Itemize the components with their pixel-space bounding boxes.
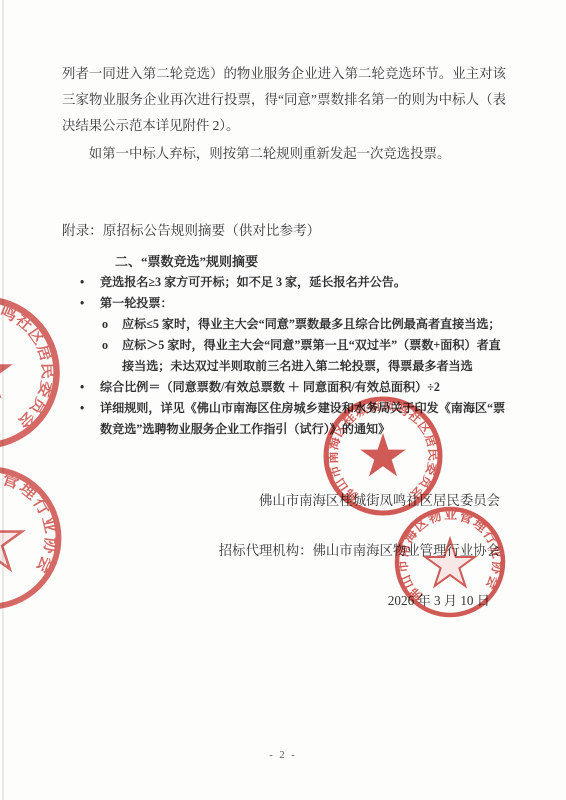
seal-text: 佛山市南海区物业管理行业协会 — [0, 467, 62, 593]
signature-committee: 佛山市南海区桂城街凤鸣社区居民委员会 — [62, 490, 500, 509]
rule-text: 综合比例＝（同意票数/有效总票数 ＋ 同意面积/有效总面积）÷2 — [100, 380, 440, 394]
rule-text: 竞选报名≥3 家方可开标；如不足 3 家，延长报名并公告。 — [100, 275, 406, 289]
page-number: - 2 - — [0, 750, 566, 761]
svg-text:佛山市南海区物业管理行业协会: 佛山市南海区物业管理行业协会 — [0, 467, 62, 593]
rule-item-first-round: • 第一轮投票： — [80, 293, 506, 314]
section-heading: 二、“票数竞选”规则摘要 — [115, 251, 559, 270]
rule-item-signup: • 竞选报名≥3 家方可开标；如不足 3 家，延长报名并公告。 — [80, 272, 506, 293]
committee-seal-stamp-edge: 佛山市南海区桂城街凤鸣社区居民委员会 — [0, 293, 63, 452]
seal-ring — [0, 469, 59, 606]
bullet-icon: • — [80, 293, 84, 314]
rules-list: • 竞选报名≥3 家方可开标；如不足 3 家，延长报名并公告。 • 第一轮投票：… — [80, 272, 506, 440]
sub-bullet-icon: o — [102, 314, 108, 335]
paragraph-rebid: 如第一中标人弃标，则按第二轮规则重新发起一次竞选投票。 — [62, 141, 506, 167]
paragraph-continuation: 列者一同进入第二轮竞选）的物业服务企业进入第二轮竞选环节。业主对该三家物业服务企… — [62, 61, 506, 139]
rule-item-le5: o 应标≤5 家时，得业主大会“同意”票数最多且综合比例最高者直接当选； — [80, 314, 506, 335]
bullet-icon: • — [80, 272, 84, 293]
document-date: 2026 年 3 月 10 日 — [62, 590, 490, 609]
rule-text: 应标≤5 家时，得业主大会“同意”票数最多且综合比例最高者直接当选； — [122, 317, 501, 331]
seal-ring — [0, 299, 57, 445]
rule-item-ratio-formula: • 综合比例＝（同意票数/有效总票数 ＋ 同意面积/有效总面积）÷2 — [80, 377, 506, 398]
seal-text: 佛山市南海区桂城街凤鸣社区居民委员会 — [0, 298, 57, 435]
association-seal-stamp-edge: 佛山市南海区物业管理行业协会 — [0, 463, 65, 613]
signature-agency: 招标代理机构：佛山市南海区物业管理行业协会 — [62, 540, 500, 559]
rule-text: 应标＞5 家时，得业主大会“同意”票第一且“双过半”（票数+面积）者直接当选；未… — [122, 338, 501, 373]
rule-text: 详细规则，详见《佛山市南海区住房城乡建设和水务局关于印发《南海区“票数竞选”选聘… — [100, 401, 505, 436]
document-page: 列者一同进入第二轮竞选）的物业服务企业进入第二轮竞选环节。业主对该三家物业服务企… — [0, 0, 566, 800]
rule-text: 第一轮投票： — [100, 296, 173, 310]
sub-bullet-icon: o — [102, 335, 108, 356]
scan-edge-shadow — [2, 0, 4, 800]
rule-item-gt5: o 应标＞5 家时，得业主大会“同意”票第一且“双过半”（票数+面积）者直接当选… — [80, 335, 506, 377]
bullet-icon: • — [80, 377, 84, 398]
rule-item-detailed-rules: • 详细规则，详见《佛山市南海区住房城乡建设和水务局关于印发《南海区“票数竞选”… — [80, 398, 506, 440]
appendix-heading: 附录：原招标公告规则摘要（供对比参考） — [62, 220, 506, 242]
svg-text:佛山市南海区桂城街凤鸣社区居民委员会: 佛山市南海区桂城街凤鸣社区居民委员会 — [0, 298, 57, 435]
bullet-icon: • — [80, 398, 84, 419]
